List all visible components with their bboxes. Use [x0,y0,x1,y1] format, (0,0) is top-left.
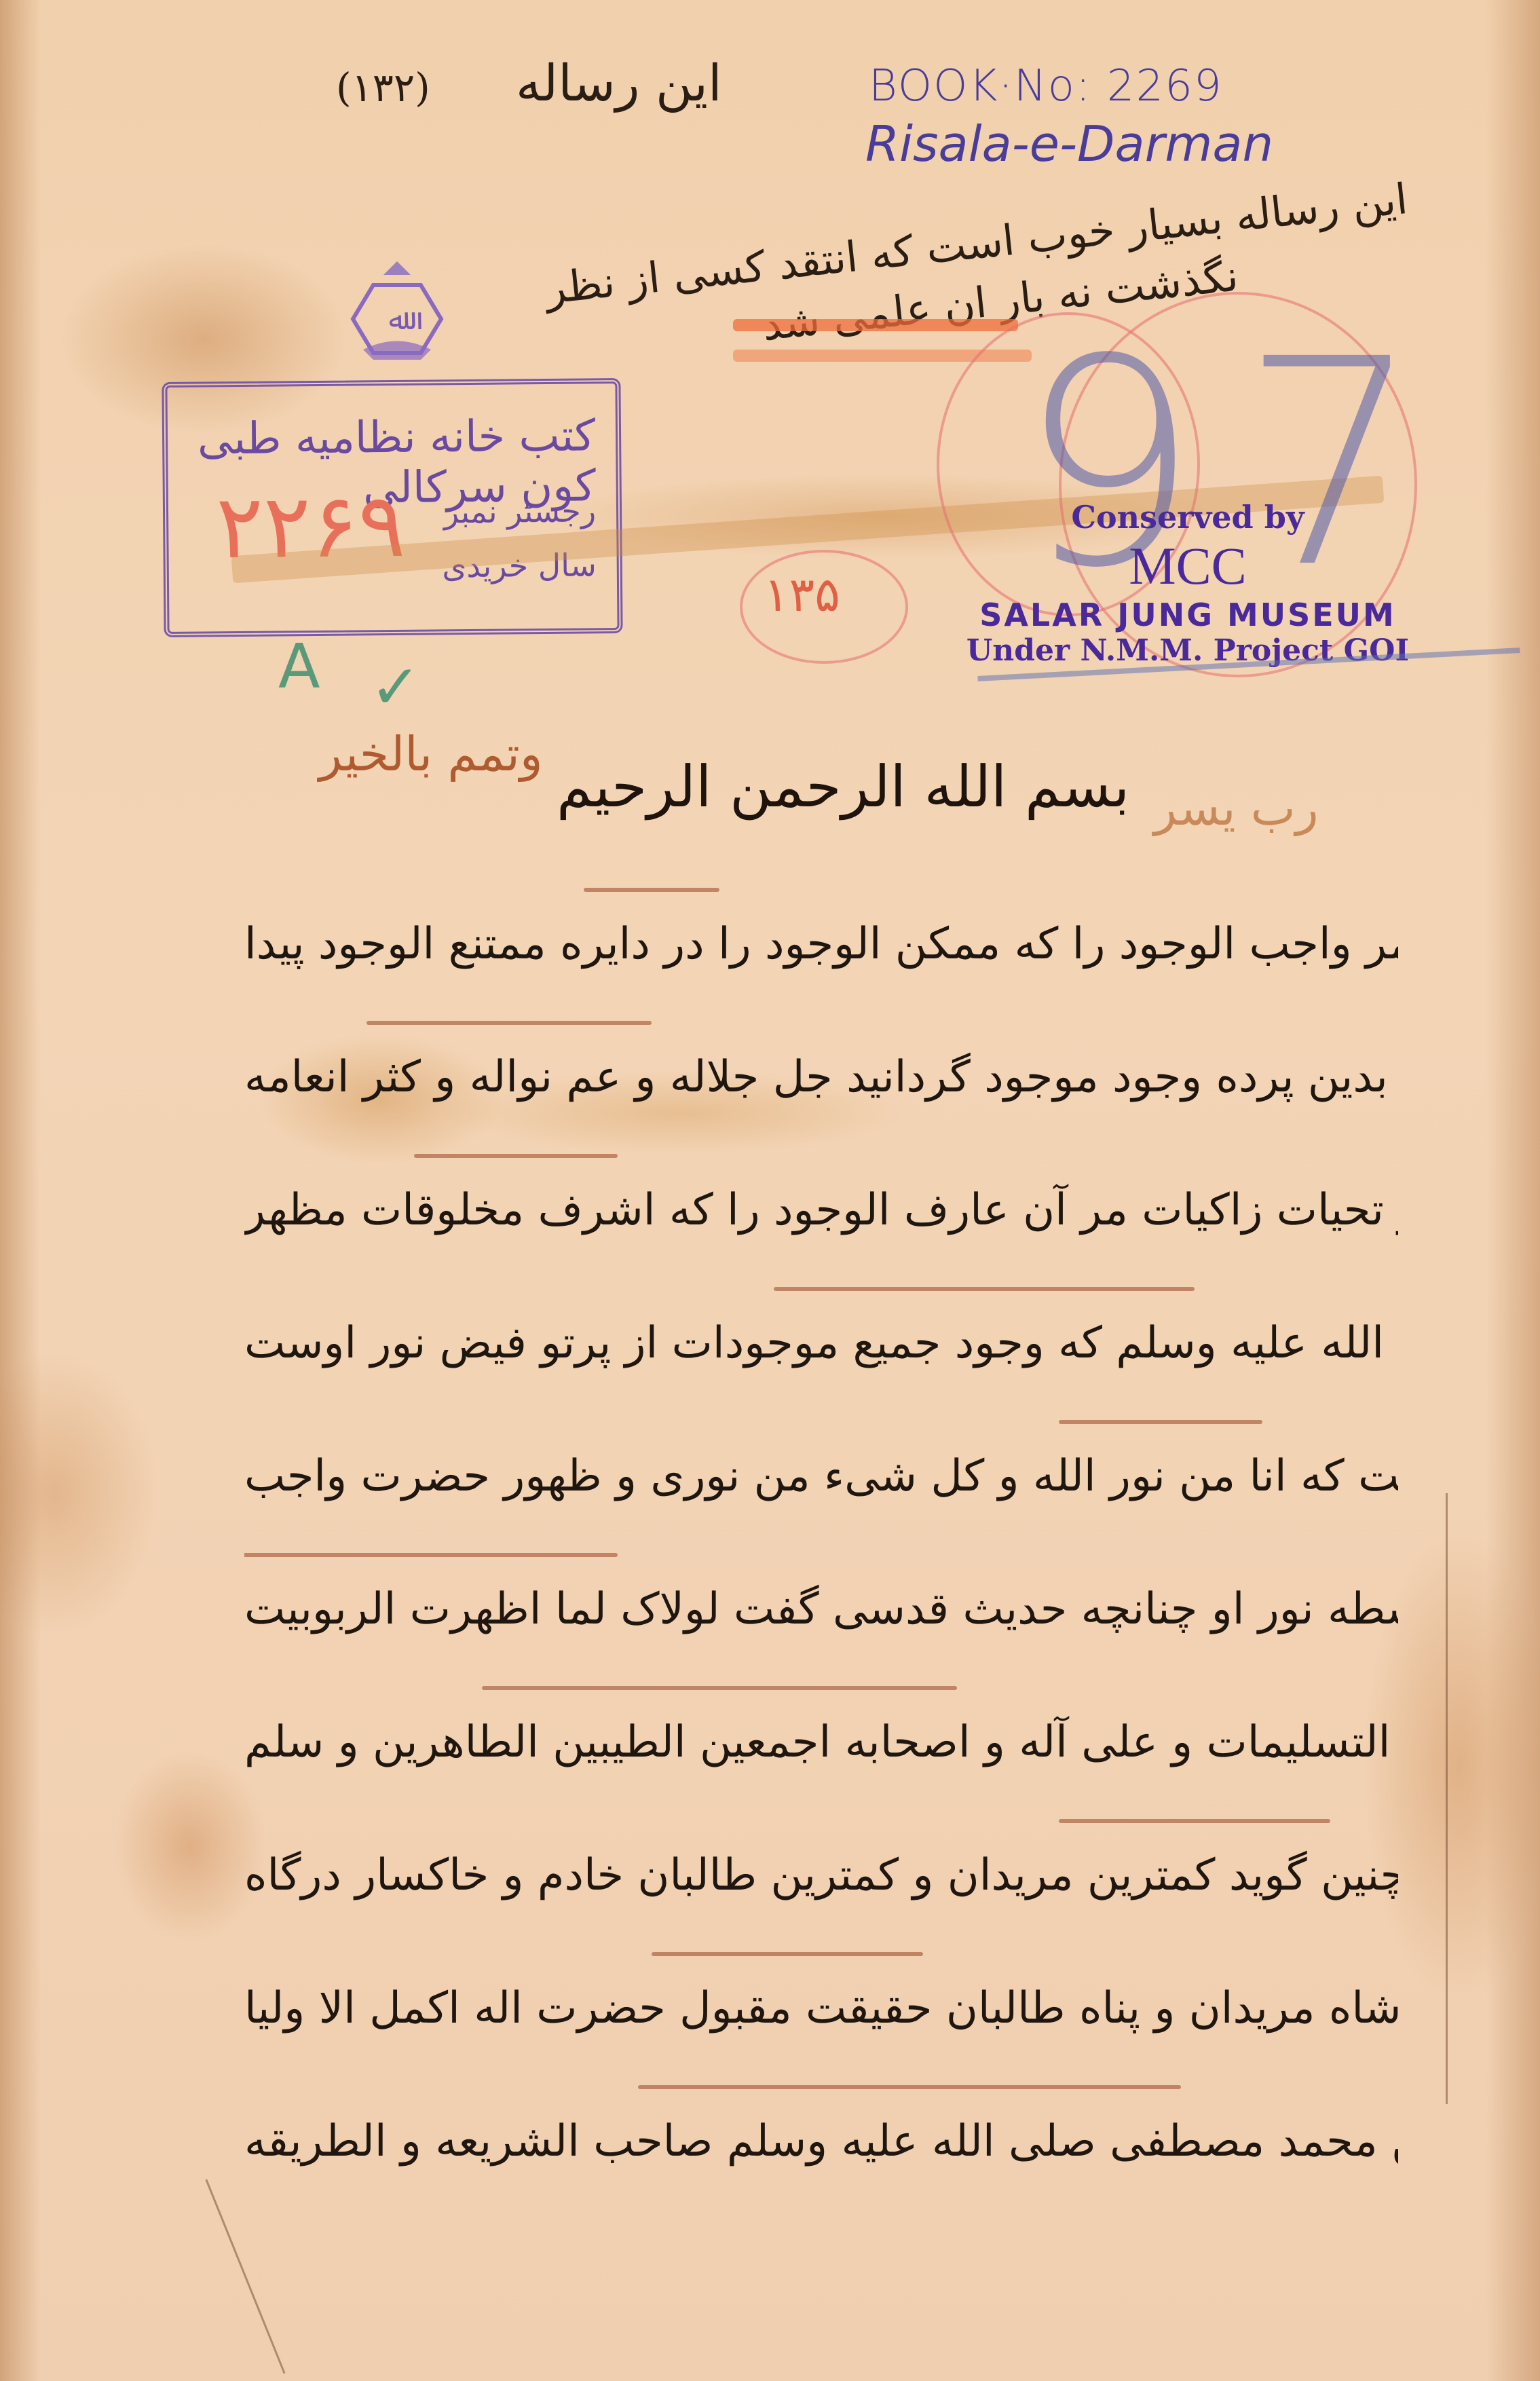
book-title: Risala-e-Darman [865,115,1273,172]
stamp-line-project: Under N.M.M. Project GOI [930,633,1446,668]
heading-right-note: رب یسر [1154,781,1319,836]
book-number: BOOK·No: 2269 [869,61,1223,111]
seal-icon: ﷲ [346,258,448,367]
text-line: چنانچه حدیث نبوی گفت که انا من نور الله … [244,1408,1398,1541]
text-line: کرد وجود واجب خود را بدین پرده وجود موجو… [244,1009,1398,1142]
page-edge-right [1486,0,1540,2381]
register-label: رجسٹر نمبر [444,492,597,530]
svg-text:ﷲ: ﷲ [389,303,421,336]
urdu-title: این رساله [516,54,722,113]
stamp-line-conserved: Conserved by [930,499,1446,536]
text-line: قبله صدر نشین محمد مصطفی صلی الله علیه و… [244,2073,1398,2206]
text-line: تسلیما کثیرا کثیرا اما بعد چنین گوید کمت… [244,1807,1398,1940]
paper-tear [1446,1493,1448,2104]
heading-left-note: وتمم بالخیر [319,726,543,782]
conservation-stamp: Conserved by MCC SALAR JUNG MUSEUM Under… [930,499,1446,668]
library-stamp: کتب خانه نظامیه طبی کون سرکالی ۲۲۶۹ رجسٹ… [162,378,622,637]
text-line: حمد بیغایت و شکر بی نهایت مر واجب الوجود… [244,876,1398,1009]
serial-number: (۱۳۲) [336,64,430,111]
manuscript-page: (۱۳۲) این رساله BOOK·No: 2269 Risala-e-D… [0,0,1540,2381]
text-line: مقدس محمد رسول الله صلی الله علیه وسلم ک… [244,1275,1398,1408]
red-underline [733,319,1018,331]
text-line: تعالی و تقدس بواسطه نور او چنانچه حدیث ق… [244,1541,1398,1674]
text-line: و نور صلوات و تحیات زاکیات مر آن عارف ال… [244,1142,1398,1275]
paper-tear [205,2179,285,2374]
stamp-line-mcc: MCC [930,536,1446,597]
page-edge-left [0,0,41,2381]
text-line: شاه مریدان و پناه طالبان حقیقت مقبول حضر… [244,1940,1398,2073]
stamp-line-museum: SALAR JUNG MUSEUM [930,597,1446,633]
manuscript-body: حمد بیغایت و شکر بی نهایت مر واجب الوجود… [244,876,1398,2206]
text-line: در حق او علیه الصلوات و التسلیمات و علی … [244,1674,1398,1807]
green-mark-letter: A [278,631,320,702]
circled-number: ۱۳۵ [764,567,840,622]
check-icon: ✓ [370,652,421,723]
bismillah-heading: بسم الله الرحمن الرحیم [557,753,1129,820]
